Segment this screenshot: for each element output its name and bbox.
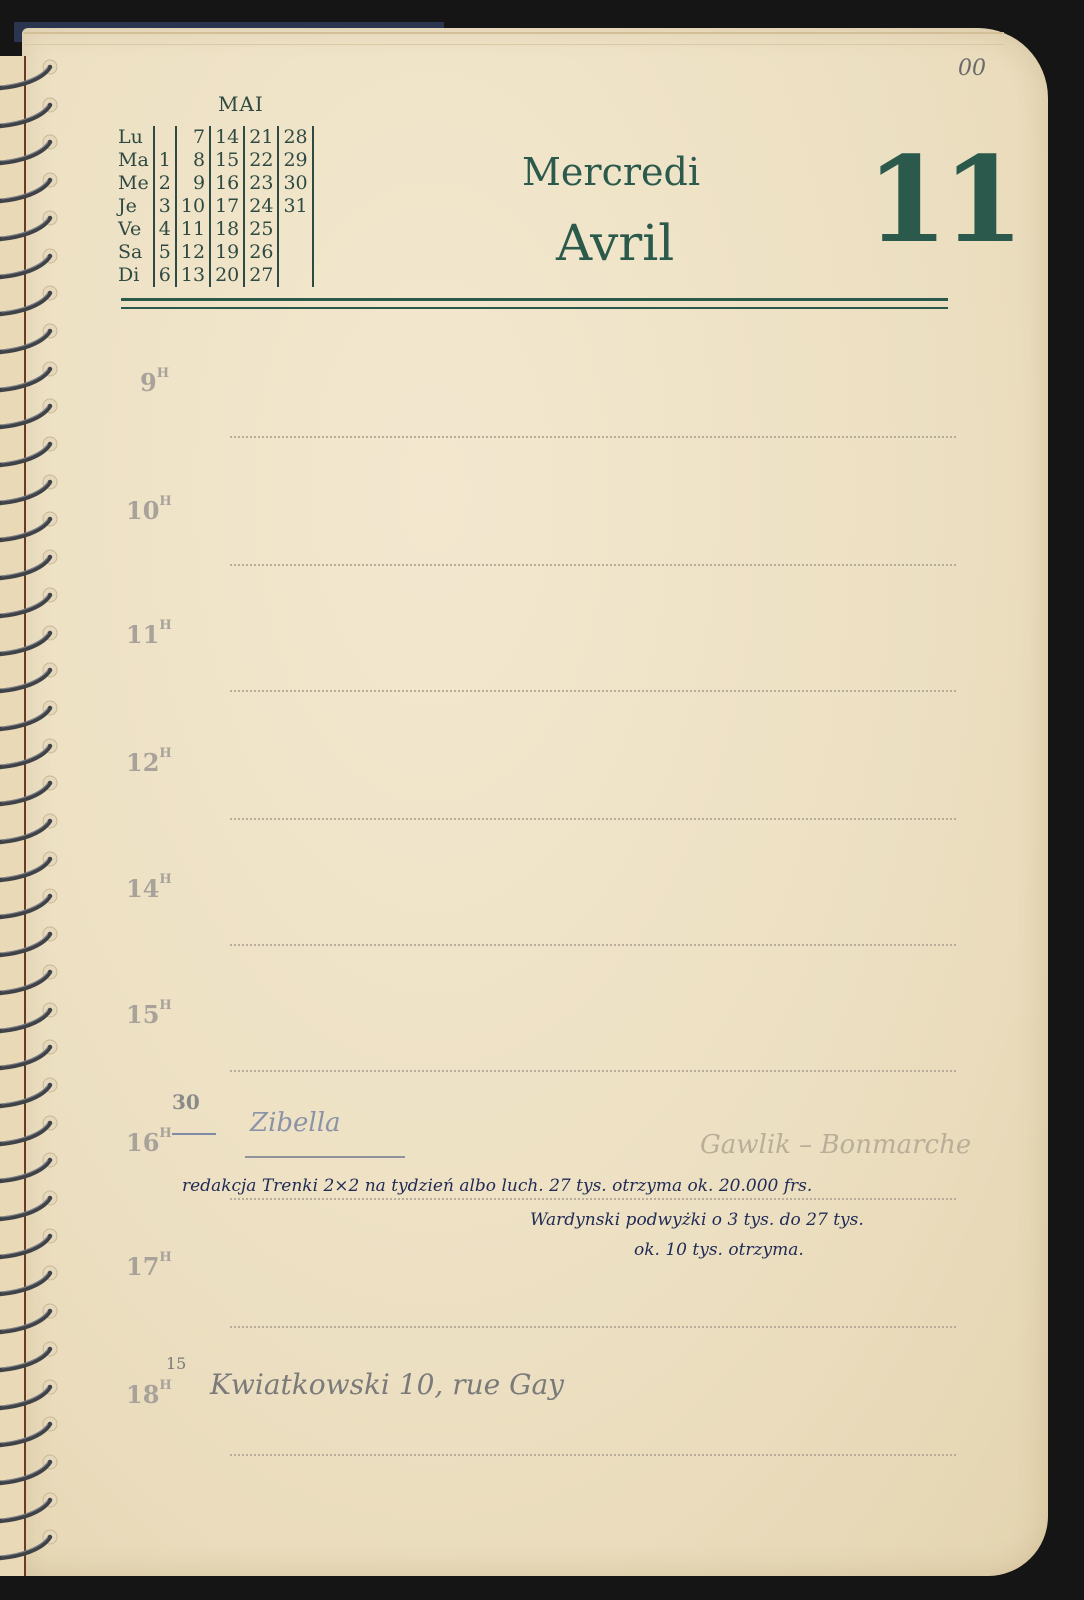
spiral-coil [0,1001,62,1031]
mini-calendar-date: 20 [210,264,244,287]
spiral-coil [0,133,62,163]
spiral-coil [0,586,62,616]
mini-calendar-date: 25 [244,218,278,241]
entry-18-text: Kwiatkowski 10, rue Gay [210,1368,564,1401]
spiral-coil [0,473,62,503]
spiral-coil [0,1415,62,1445]
mini-calendar-date: 2 [154,172,176,195]
hour-number: 15 [126,1000,159,1029]
hour-label: 16H [126,1128,172,1157]
mini-calendar-date: 4 [154,218,176,241]
folio-mark: 00 [958,56,986,81]
hour-suffix: H [159,1126,171,1141]
hour-writing-line[interactable] [230,1198,956,1200]
hour-writing-line[interactable] [230,1454,956,1456]
ink-note-line-1: redakcja Trenki 2×2 na tydzień albo luch… [182,1176,812,1196]
mini-calendar-date: 7 [176,126,210,149]
mini-calendar-date [278,241,312,264]
spiral-coil [0,1151,62,1181]
weekday-abbrev: Di [118,264,154,287]
mini-calendar-date: 22 [244,149,278,172]
spiral-coil [0,812,62,842]
hour-label: 15H [126,1000,172,1029]
spiral-coil [0,510,62,540]
mini-calendar-date: 26 [244,241,278,264]
mini-calendar-date: 21 [244,126,278,149]
header-rule [121,298,948,301]
spiral-coil [0,397,62,427]
hour-writing-line[interactable] [230,944,956,946]
hour-label: 18H [126,1380,172,1409]
mini-calendar-row: Lu7142128 [118,126,313,149]
mini-calendar-date: 29 [278,149,312,172]
hour-number: 9 [140,368,157,397]
hour-number: 17 [126,1252,159,1281]
day-number: 11 [866,140,1018,260]
mini-calendar-date: 8 [176,149,210,172]
spiral-coil [0,850,62,880]
hour-writing-line[interactable] [230,690,956,692]
mini-calendar-date [278,264,312,287]
mini-calendar-date: 24 [244,195,278,218]
mini-calendar-date: 10 [176,195,210,218]
hour-number: 16 [126,1128,159,1157]
entry-16-name: Zibella [250,1108,341,1138]
weekday-abbrev: Je [118,195,154,218]
month-heading: Avril [556,214,674,272]
hour-label: 17H [126,1252,172,1281]
mini-calendar-date: 13 [176,264,210,287]
entry-16-minutes-dash [172,1133,216,1135]
faint-pencil-note: Gawlik – Bonmarche [700,1130,971,1160]
mini-calendar-row: Me29162330 [118,172,313,195]
mini-calendar-date: 19 [210,241,244,264]
mini-calendar-date [278,218,312,241]
mini-calendar-date: 1 [154,149,176,172]
spiral-coil [0,737,62,767]
mini-calendar-date: 17 [210,195,244,218]
hour-label: 14H [126,874,172,903]
mini-calendar-date: 28 [278,126,312,149]
hour-writing-line[interactable] [230,818,956,820]
hour-suffix: H [159,746,171,761]
spiral-coil [0,1076,62,1106]
header-rule-secondary [121,307,948,309]
hour-writing-line[interactable] [230,436,956,438]
hour-label: 10H [126,496,172,525]
spiral-coil [0,624,62,654]
hour-suffix: H [157,366,169,381]
hour-suffix: H [159,1378,171,1393]
entry-16-minutes: 30 [172,1090,200,1114]
hour-number: 11 [126,620,159,649]
mini-calendar-date: 14 [210,126,244,149]
mini-calendar-date: 31 [278,195,312,218]
spiral-coil [0,925,62,955]
mini-calendar-date: 11 [176,218,210,241]
spiral-coil [0,209,62,239]
spiral-coil [0,284,62,314]
hour-suffix: H [159,1250,171,1265]
spiral-coil [0,1528,62,1558]
spiral-coil [0,963,62,993]
weekday-abbrev: Ve [118,218,154,241]
mini-calendar-date [154,126,176,149]
spiral-coil [0,1491,62,1521]
spiral-coil [0,887,62,917]
spiral-coil [0,322,62,352]
spiral-coil [0,1189,62,1219]
hour-suffix: H [159,618,171,633]
mini-calendar-date: 5 [154,241,176,264]
mini-calendar-row: Sa5121926 [118,241,313,264]
weekday-abbrev: Lu [118,126,154,149]
spiral-coil [0,548,62,578]
mini-calendar-row: Ve4111825 [118,218,313,241]
mini-calendar-date: 30 [278,172,312,195]
hour-suffix: H [159,494,171,509]
mini-calendar-date: 16 [210,172,244,195]
spiral-coil [0,435,62,465]
mini-calendar-date: 18 [210,218,244,241]
hour-writing-line[interactable] [230,1326,956,1328]
spiral-coil [0,774,62,804]
spiral-coil [0,1038,62,1068]
hour-writing-line[interactable] [230,1070,956,1072]
mini-calendar-month: MAI [218,92,264,116]
spiral-coil [0,171,62,201]
spiral-coil [0,58,62,88]
mini-calendar-date: 9 [176,172,210,195]
spiral-coil [0,96,62,126]
spiral-coil [0,661,62,691]
mini-calendar-date: 15 [210,149,244,172]
mini-calendar-grid: Lu7142128Ma18152229Me29162330Je310172431… [118,126,314,287]
spiral-coil [0,360,62,390]
hour-label: 11H [126,620,172,649]
hour-writing-line[interactable] [230,564,956,566]
weekday-abbrev: Me [118,172,154,195]
spiral-coil [0,1264,62,1294]
mini-calendar-date: 12 [176,241,210,264]
mini-calendar-date: 3 [154,195,176,218]
spiral-coil [0,1114,62,1144]
mini-calendar-row: Ma18152229 [118,149,313,172]
hour-number: 14 [126,874,159,903]
spiral-coil [0,1227,62,1257]
spiral-coil [0,1302,62,1332]
ink-note-line-3: ok. 10 tys. otrzyma. [634,1240,804,1260]
spiral-coil [0,247,62,277]
ink-note-line-2: Wardynski podwyżki o 3 tys. do 27 tys. [530,1210,864,1230]
hour-number: 18 [126,1380,159,1409]
spiral-coil [0,1453,62,1483]
spiral-coil [0,1378,62,1408]
mini-calendar-date: 27 [244,264,278,287]
hour-number: 12 [126,748,159,777]
mini-calendar-date: 23 [244,172,278,195]
weekday-heading: Mercredi [522,150,700,194]
weekday-abbrev: Sa [118,241,154,264]
entry-18-minutes: 15 [166,1354,186,1373]
hour-label: 9H [140,368,169,397]
entry-16-underline [245,1156,405,1158]
hour-suffix: H [159,872,171,887]
spiral-coil [0,1340,62,1370]
hour-label: 12H [126,748,172,777]
mini-calendar-date: 6 [154,264,176,287]
hour-number: 10 [126,496,159,525]
mini-calendar-row: Di6132027 [118,264,313,287]
mini-calendar-row: Je310172431 [118,195,313,218]
page-stack-edge [24,32,1004,45]
weekday-abbrev: Ma [118,149,154,172]
spiral-coil [0,699,62,729]
hour-suffix: H [159,998,171,1013]
